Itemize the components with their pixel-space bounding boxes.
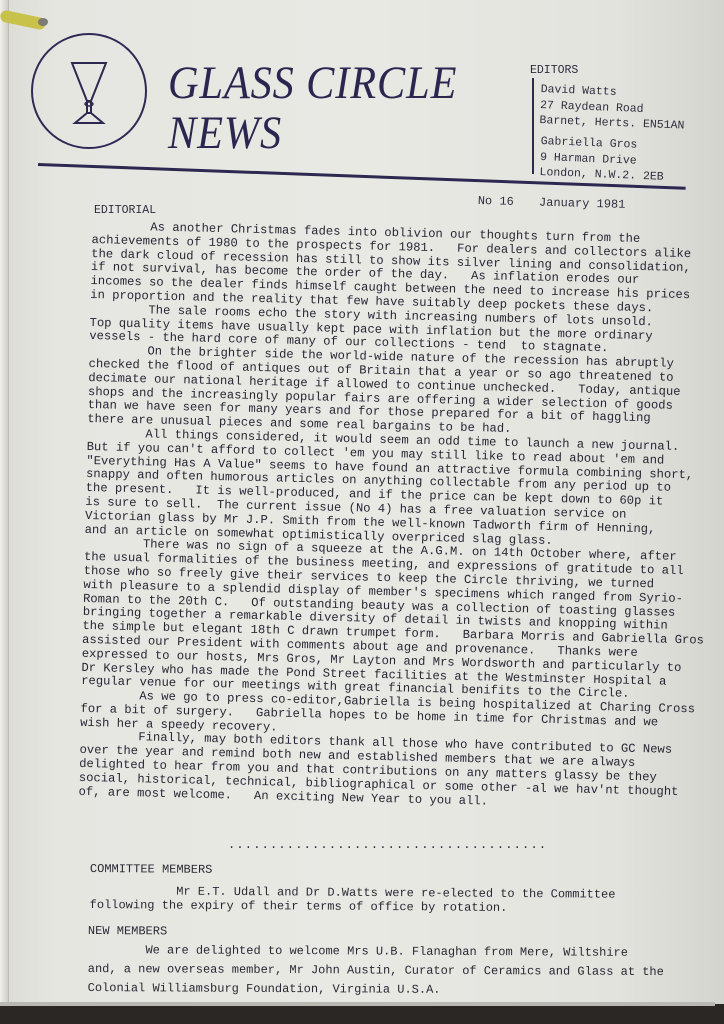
- new-members-section: NEW MEMBERS We are delighted to welcome …: [88, 922, 664, 1001]
- editor-2-address: Gabriella Gros 9 Harman Drive London, N.…: [539, 134, 665, 185]
- editor-1-address: David Watts 27 Raydean Road Barnet, Hert…: [539, 82, 686, 134]
- dotted-separator: ......................................: [228, 838, 547, 852]
- punch-hole: [38, 18, 48, 26]
- new-members-line: Colonial Williamsburg Foundation, Virgin…: [88, 979, 664, 1001]
- newsletter-page: GLASS CIRCLE NEWS EDITORS David Watts 27…: [0, 0, 724, 1004]
- underlying-page-edge: [0, 1002, 715, 1006]
- page-spine-edge: [0, 0, 9, 1004]
- issue-number: No 16: [478, 194, 514, 209]
- masthead-line-2: NEWS: [168, 108, 457, 158]
- committee-section: COMMITTEE MEMBERS Mr E.T. Udall and Dr D…: [90, 862, 616, 916]
- editorial-heading: EDITORIAL: [94, 204, 156, 217]
- editors-label: EDITORS: [530, 64, 578, 77]
- masthead-line-1: GLASS CIRCLE: [168, 58, 457, 108]
- wine-glass-logo-icon: [31, 33, 147, 149]
- editorial-body: As another Christmas fades into oblivion…: [78, 220, 711, 814]
- editors-divider: [532, 78, 534, 174]
- issue-date: January 1981: [539, 196, 626, 212]
- masthead-title: GLASS CIRCLE NEWS: [168, 58, 457, 158]
- issue-info: No 16 January 1981: [478, 194, 644, 212]
